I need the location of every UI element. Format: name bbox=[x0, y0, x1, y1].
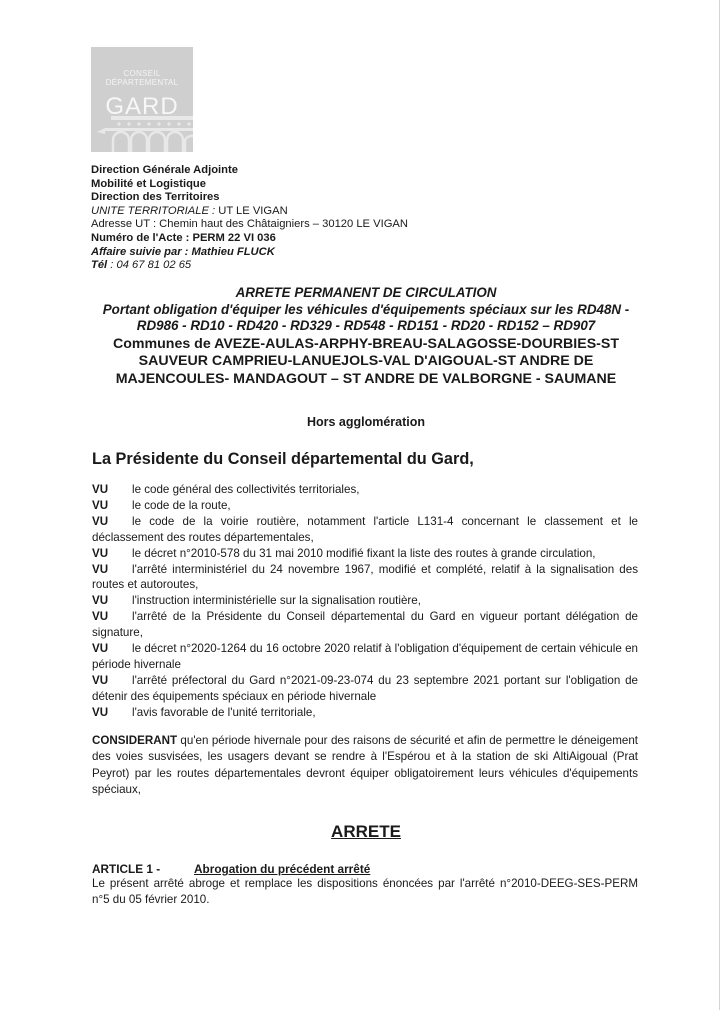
vu-text: l'instruction interministérielle sur la … bbox=[132, 594, 421, 607]
vu-list: VUle code général des collectivités terr… bbox=[92, 482, 638, 721]
vu-item: VUl'arrêté interministériel du 24 novemb… bbox=[92, 562, 638, 594]
vu-label: VU bbox=[92, 593, 132, 609]
vu-text: le code de la route, bbox=[132, 499, 231, 512]
vu-text: le code de la voirie routière, notamment… bbox=[92, 515, 638, 544]
vu-item: VUl'instruction interministérielle sur l… bbox=[92, 593, 638, 609]
president-heading: La Présidente du Conseil départemental d… bbox=[92, 450, 474, 469]
vu-item: VUle code général des collectivités terr… bbox=[92, 482, 638, 498]
issuer-header: Direction Générale Adjointe Mobilité et … bbox=[91, 164, 408, 273]
vu-item: VUl'avis favorable de l'unité territoria… bbox=[92, 705, 638, 721]
vu-item: VUle code de la route, bbox=[92, 498, 638, 514]
vu-text: l'arrêté de la Présidente du Conseil dép… bbox=[92, 610, 638, 639]
vu-label: VU bbox=[92, 705, 132, 721]
vu-item: VUl'arrêté préfectoral du Gard n°2021-09… bbox=[92, 673, 638, 705]
gard-logo: CONSEIL DÉPARTEMENTAL GARD bbox=[91, 47, 193, 152]
considerant-keyword: CONSIDERANT bbox=[92, 734, 177, 747]
direction-generale: Direction Générale Adjointe bbox=[91, 164, 408, 178]
logo-line-2: DÉPARTEMENTAL bbox=[91, 78, 193, 87]
article-number: ARTICLE 1 - bbox=[92, 862, 194, 876]
document-title: ARRETE PERMANENT DE CIRCULATION Portant … bbox=[92, 285, 640, 388]
vu-label: VU bbox=[92, 609, 132, 625]
pont-du-gard-icon bbox=[91, 112, 193, 152]
arrete-heading: ARRETE bbox=[92, 822, 640, 842]
article-title: Abrogation du précédent arrêté bbox=[194, 862, 370, 876]
vu-label: VU bbox=[92, 673, 132, 689]
unite-territoriale: UNITE TERRITORIALE : UT LE VIGAN bbox=[91, 205, 408, 219]
vu-item: VUle décret n°2020-1264 du 16 octobre 20… bbox=[92, 641, 638, 673]
vu-label: VU bbox=[92, 562, 132, 578]
vu-text: le décret n°2020-1264 du 16 octobre 2020… bbox=[92, 642, 638, 671]
vu-label: VU bbox=[92, 641, 132, 657]
vu-text: l'arrêté interministériel du 24 novembre… bbox=[92, 563, 638, 592]
article-1-heading: ARTICLE 1 -Abrogation du précédent arrêt… bbox=[92, 862, 370, 876]
hors-agglomeration: Hors agglomération bbox=[92, 415, 640, 429]
article-1-body: Le présent arrêté abroge et remplace les… bbox=[92, 876, 638, 908]
vu-item: VUle décret n°2010-578 du 31 mai 2010 mo… bbox=[92, 546, 638, 562]
vu-item: VUle code de la voirie routière, notamme… bbox=[92, 514, 638, 546]
unite-value: UT LE VIGAN bbox=[215, 205, 288, 217]
affaire-suivie: Affaire suivie par : Mathieu FLUCK bbox=[91, 246, 408, 260]
vu-text: l'avis favorable de l'unité territoriale… bbox=[132, 706, 316, 719]
vu-label: VU bbox=[92, 546, 132, 562]
vu-text: le code général des collectivités territ… bbox=[132, 483, 359, 496]
direction-territoires: Direction des Territoires bbox=[91, 191, 408, 205]
vu-label: VU bbox=[92, 498, 132, 514]
logo-line-1: CONSEIL bbox=[91, 69, 193, 78]
vu-text: l'arrêté préfectoral du Gard n°2021-09-2… bbox=[92, 674, 638, 703]
vu-item: VUl'arrêté de la Présidente du Conseil d… bbox=[92, 609, 638, 641]
tel-label: Tél bbox=[91, 259, 107, 271]
title-line-1: ARRETE PERMANENT DE CIRCULATION bbox=[92, 285, 640, 302]
adresse: Adresse UT : Chemin haut des Châtaignier… bbox=[91, 218, 408, 232]
vu-label: VU bbox=[92, 482, 132, 498]
considerant-paragraph: CONSIDERANT qu'en période hivernale pour… bbox=[92, 733, 638, 799]
page-edge bbox=[719, 0, 720, 1010]
mobilite-logistique: Mobilité et Logistique bbox=[91, 178, 408, 192]
vu-label: VU bbox=[92, 514, 132, 530]
communes: Communes de AVEZE-AULAS-ARPHY-BREAU-SALA… bbox=[92, 336, 640, 389]
telephone: Tél : 04 67 81 02 65 bbox=[91, 259, 408, 273]
numero-acte: Numéro de l'Acte : PERM 22 VI 036 bbox=[91, 232, 408, 246]
unite-label: UNITE TERRITORIALE : bbox=[91, 205, 215, 217]
vu-text: le décret n°2010-578 du 31 mai 2010 modi… bbox=[132, 547, 596, 560]
tel-value: : 04 67 81 02 65 bbox=[107, 259, 191, 271]
title-line-2: Portant obligation d'équiper les véhicul… bbox=[92, 302, 640, 335]
